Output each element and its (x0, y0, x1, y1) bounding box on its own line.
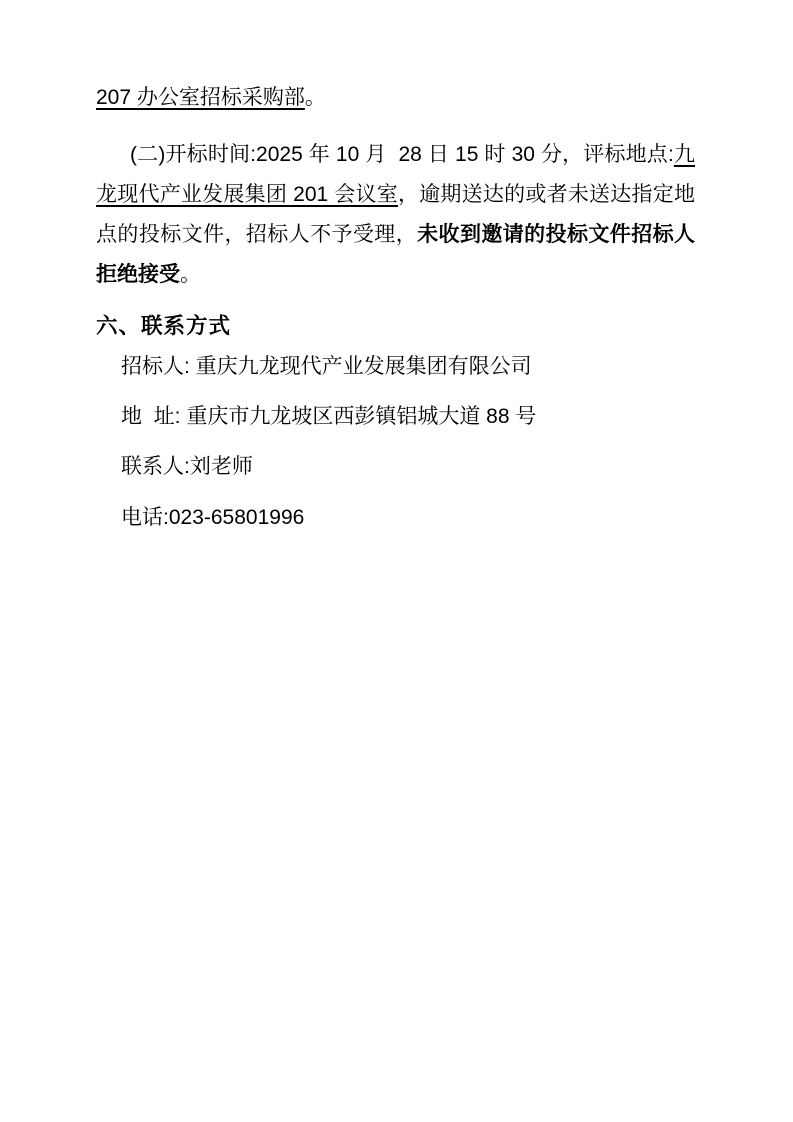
paragraph-location-continuation: 207 办公室招标采购部。 (96, 78, 695, 118)
contact-line-address: 地 址: 重庆市九龙坡区西彭镇铝城大道 88 号 (96, 397, 695, 437)
location-period: 。 (305, 86, 326, 109)
bid-opening-lead-text: (二)开标时间:2025 年 10 月 28 日 15 时 30 分，评标地点: (130, 143, 674, 166)
contact-line-bidder: 招标人: 重庆九龙现代产业发展集团有限公司 (96, 347, 695, 387)
document-page: 207 办公室招标采购部。 (二)开标时间:2025 年 10 月 28 日 1… (0, 0, 793, 1122)
underlined-location-text: 207 办公室招标采购部 (96, 86, 305, 109)
paragraph-bid-opening: (二)开标时间:2025 年 10 月 28 日 15 时 30 分，评标地点:… (96, 135, 695, 295)
contact-line-person: 联系人:刘老师 (96, 447, 695, 487)
section-heading-contact: 六、联系方式 (96, 306, 695, 346)
bid-opening-period: 。 (180, 263, 201, 286)
contact-line-phone: 电话:023-65801996 (96, 498, 695, 538)
